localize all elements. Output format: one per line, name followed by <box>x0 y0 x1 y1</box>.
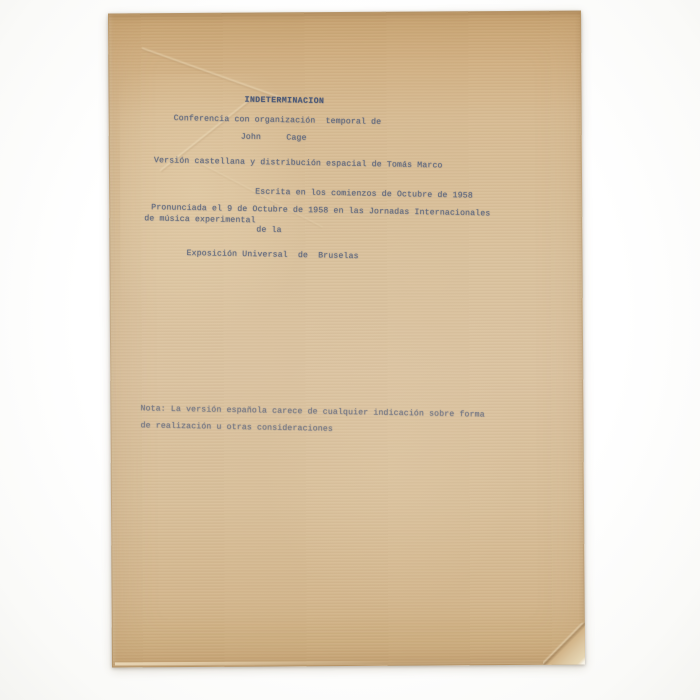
document-title: INDETERMINACION <box>244 96 324 106</box>
subtitle-conferencia: Conferencia con organización temporal de <box>174 114 382 127</box>
typescript-page: INDETERMINACION Conferencia con organiza… <box>108 11 585 668</box>
author-name: John Cage <box>241 133 307 143</box>
note-line-1: Nota: La versión española carece de cual… <box>140 404 484 419</box>
exposition-line: Exposición Universal de Bruselas <box>186 249 358 261</box>
delivered-line-2: de música experimental <box>144 214 256 225</box>
translation-credit: Versión castellana y distribución espaci… <box>154 156 443 170</box>
note-line-2: de realización u otras consideraciones <box>140 421 333 434</box>
typed-text: INDETERMINACION Conferencia con organiza… <box>109 12 584 667</box>
de-la-line: de la <box>256 226 281 235</box>
document-photo: INDETERMINACION Conferencia con organiza… <box>0 0 700 700</box>
written-date-line: Escrita en los comienzos de Octubre de 1… <box>255 188 473 201</box>
